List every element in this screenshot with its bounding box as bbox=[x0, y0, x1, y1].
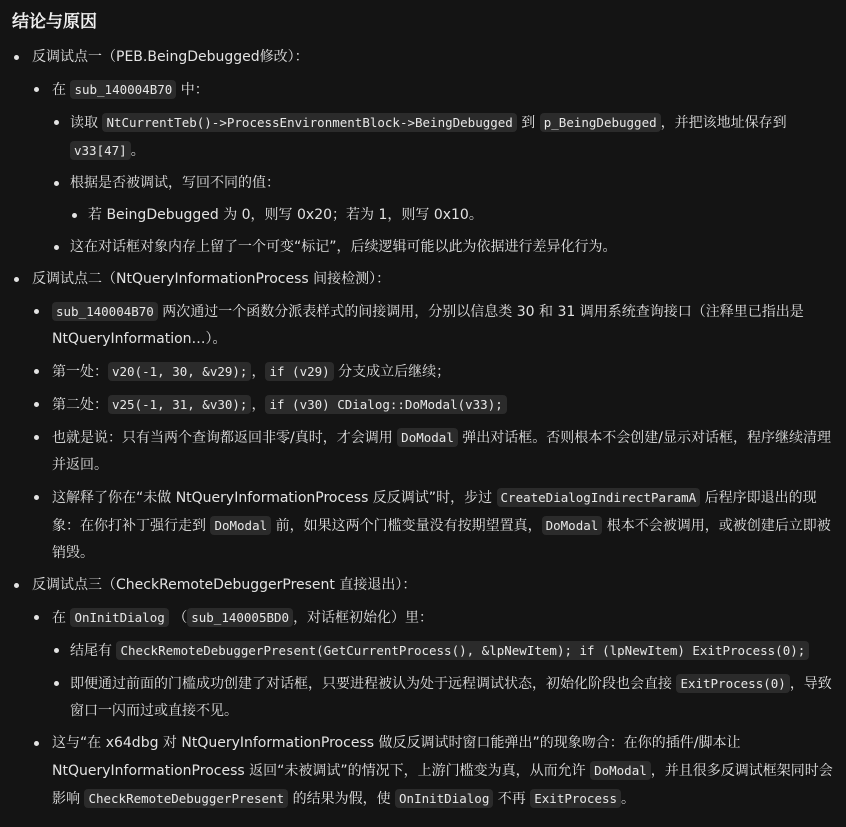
list-item: 若 BeingDebugged 为 0，则写 0x20；若为 1，则写 0x10… bbox=[70, 202, 838, 229]
point-1: 反调试点一（PEB.BeingDebugged修改）： 在 sub_140004… bbox=[12, 44, 838, 261]
point-3: 反调试点三（CheckRemoteDebuggerPresent 直接退出）： … bbox=[12, 572, 838, 813]
list-item: 第一处：v20(-1, 30, &v29);，if (v29) 分支成立后继续； bbox=[32, 358, 838, 386]
code-span: ExitProcess(0) bbox=[676, 674, 789, 693]
point-3-intro: 在 OnInitDialog （sub_140005BD0，对话框初始化）里： … bbox=[32, 604, 838, 725]
code-span: sub_140004B70 bbox=[70, 80, 176, 99]
point-2-title: 反调试点二（NtQueryInformationProcess 间接检测）： bbox=[32, 271, 390, 287]
point-1-intro: 在 sub_140004B70 中： 读取 NtCurrentTeb()->Pr… bbox=[32, 76, 838, 261]
list-item: 结尾有 CheckRemoteDebuggerPresent(GetCurren… bbox=[52, 637, 838, 665]
list-item: 这解释了你在“未做 NtQueryInformationProcess 反反调试… bbox=[32, 484, 838, 567]
list-item: 也就是说：只有当两个查询都返回非零/真时，才会调用 DoModal 弹出对话框。… bbox=[32, 424, 838, 479]
list-item: sub_140004B70 两次通过一个函数分派表样式的间接调用，分别以信息类 … bbox=[32, 298, 838, 353]
list-item: 这与“在 x64dbg 对 NtQueryInformationProcess … bbox=[32, 730, 838, 813]
list-item: 即便通过前面的门槛成功创建了对话框，只要进程被认为处于远程调试状态，初始化阶段也… bbox=[52, 670, 838, 725]
code-span: sub_140004B70 bbox=[52, 302, 158, 321]
code-span: v25(-1, 31, &v30); bbox=[108, 395, 251, 414]
code-span: DoModal bbox=[210, 516, 271, 535]
list-item: 读取 NtCurrentTeb()->ProcessEnvironmentBlo… bbox=[52, 109, 838, 165]
code-span: v20(-1, 30, &v29); bbox=[108, 362, 251, 381]
code-span: if (v29) bbox=[265, 362, 333, 381]
code-span: NtCurrentTeb()->ProcessEnvironmentBlock-… bbox=[102, 113, 516, 132]
point-1-title: 反调试点一（PEB.BeingDebugged修改）： bbox=[32, 49, 309, 65]
code-span: CheckRemoteDebuggerPresent(GetCurrentPro… bbox=[116, 641, 809, 660]
point-3-title: 反调试点三（CheckRemoteDebuggerPresent 直接退出）： bbox=[32, 577, 416, 593]
section-heading: 结论与原因 bbox=[12, 6, 838, 38]
code-span: if (v30) CDialog::DoModal(v33); bbox=[265, 395, 506, 414]
code-span: DoModal bbox=[397, 428, 458, 447]
code-span: OnInitDialog bbox=[70, 608, 168, 627]
point-2: 反调试点二（NtQueryInformationProcess 间接检测）： s… bbox=[12, 266, 838, 567]
document: 结论与原因 反调试点一（PEB.BeingDebugged修改）： 在 sub_… bbox=[0, 0, 846, 813]
code-span: p_BeingDebugged bbox=[540, 113, 661, 132]
code-span: OnInitDialog bbox=[395, 789, 493, 808]
code-span: sub_140005BD0 bbox=[187, 608, 293, 627]
list-item: 根据是否被调试，写回不同的值： 若 BeingDebugged 为 0，则写 0… bbox=[52, 170, 838, 229]
code-span: DoModal bbox=[542, 516, 603, 535]
code-span: CreateDialogIndirectParamA bbox=[497, 488, 701, 507]
code-span: v33[47] bbox=[70, 141, 131, 160]
code-span: DoModal bbox=[590, 761, 651, 780]
code-span: CheckRemoteDebuggerPresent bbox=[84, 789, 288, 808]
conclusion-list: 反调试点一（PEB.BeingDebugged修改）： 在 sub_140004… bbox=[12, 44, 838, 813]
list-item: 第二处：v25(-1, 31, &v30);，if (v30) CDialog:… bbox=[32, 391, 838, 419]
code-span: ExitProcess bbox=[530, 789, 621, 808]
list-item: 这在对话框对象内存上留了一个可变“标记”，后续逻辑可能以此为依据进行差异化行为。 bbox=[52, 234, 838, 261]
